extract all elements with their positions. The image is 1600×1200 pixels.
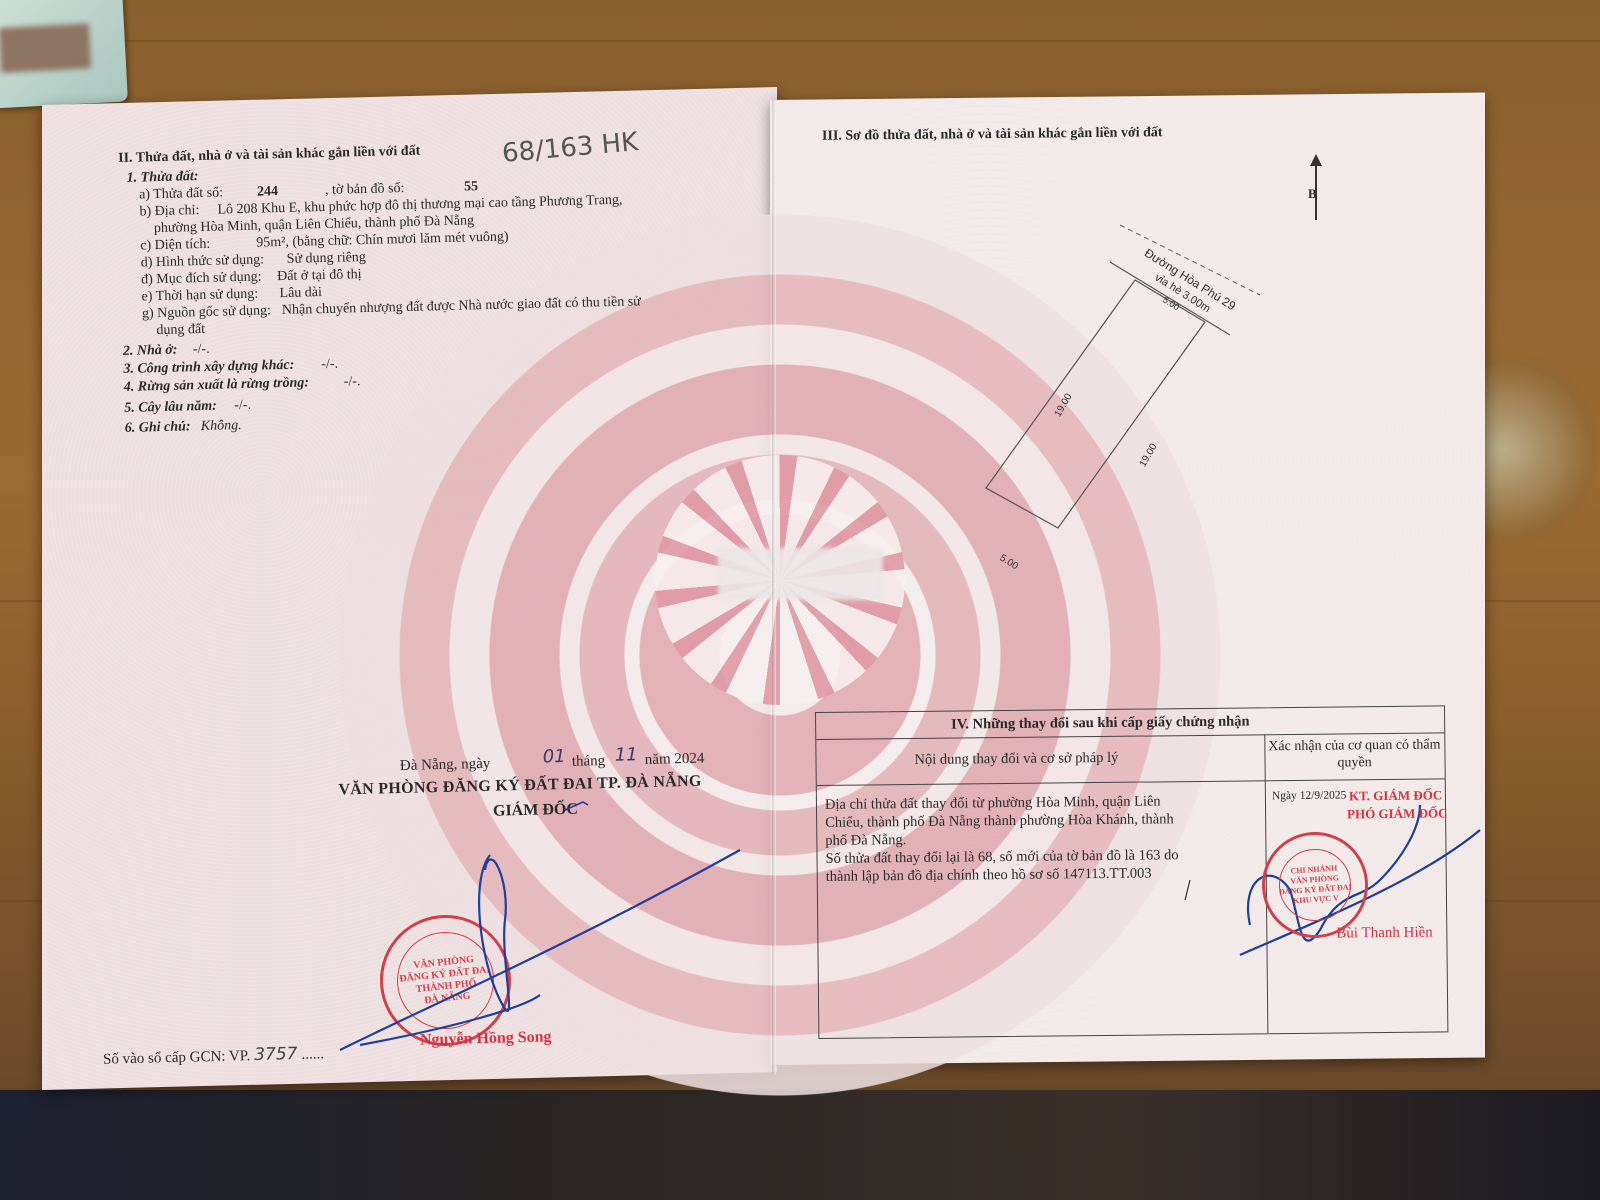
- confirm-title-2: PHÓ GIÁM ĐỐC: [1347, 804, 1448, 822]
- changes-col1-header: Nội dung thay đổi và cơ sở pháp lý: [914, 750, 1118, 769]
- change-content-line: phố Đà Nẵng.: [825, 832, 906, 850]
- confirm-title-1: KT. GIÁM ĐỐC: [1349, 786, 1442, 804]
- stamp-line: CHI NHÁNH: [1290, 863, 1337, 876]
- change-content-line: thành lập bản đồ địa chính theo hồ sơ số…: [826, 865, 1152, 885]
- change-content-line: Chiểu, thành phố Đà Nẵng thành phường Hò…: [825, 811, 1174, 832]
- stamp-line: ĐĂNG KÝ ĐẤT ĐAI: [1279, 882, 1352, 897]
- stamp-line: KHU VỰC V: [1293, 893, 1339, 906]
- changes-col2-header: Xác nhận của cơ quan có thẩm quyền: [1264, 736, 1444, 772]
- confirm-date: Ngày 12/9/2025: [1272, 787, 1347, 805]
- deputy-name: Bùi Thanh Hiền: [1336, 925, 1433, 943]
- stamp-line: VĂN PHÒNG: [1290, 873, 1339, 886]
- changes-title-row: IV. Những thay đổi sau khi cấp giấy chứn…: [816, 706, 1444, 740]
- changes-title: IV. Những thay đổi sau khi cấp giấy chứn…: [951, 713, 1250, 733]
- change-content-line: Địa chỉ thửa đất thay đổi từ phường Hòa …: [825, 793, 1161, 814]
